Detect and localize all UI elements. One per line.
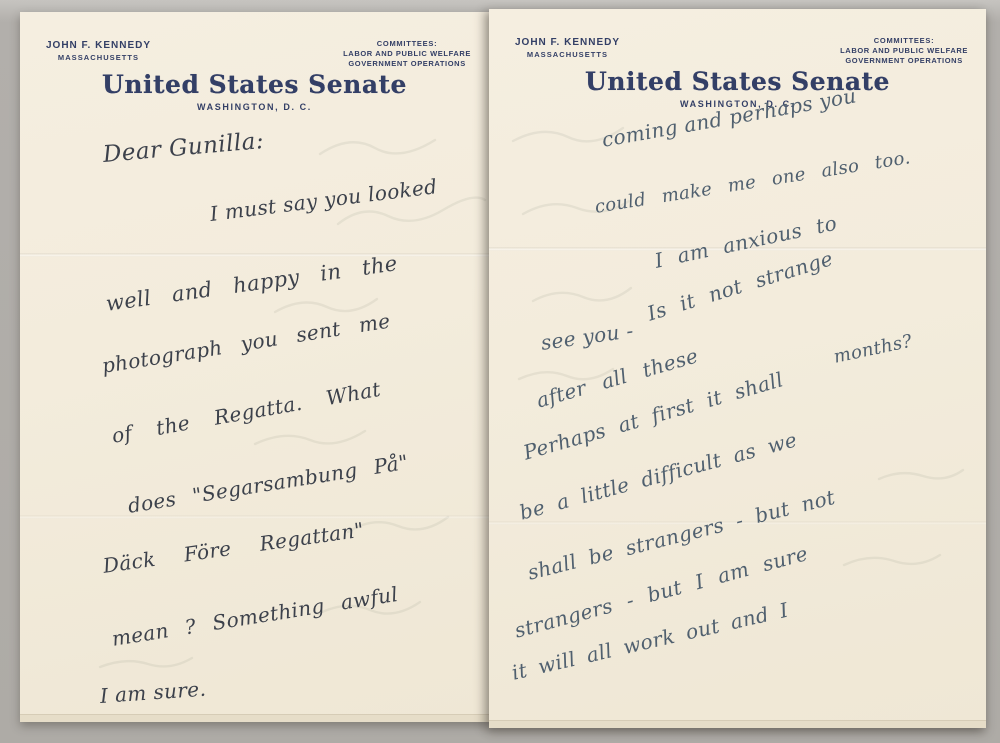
handwriting-line: mean ? Something awful (110, 582, 400, 651)
handwriting-line: months? (832, 331, 914, 368)
sender-state: MASSACHUSETTS (515, 50, 620, 59)
letter-page-2: JOHN F. KENNEDY MASSACHUSETTS COMMITTEES… (489, 9, 986, 728)
sender-name: JOHN F. KENNEDY (46, 40, 151, 51)
handwriting-line: see you - (539, 318, 635, 355)
committees-label: COMMITTEES: (343, 39, 471, 48)
handwriting-line: well and happy in the (104, 251, 399, 316)
sender-state: MASSACHUSETTS (46, 53, 151, 62)
senate-masthead: United States Senate (20, 70, 489, 99)
handwriting-line: Dear Gunilla: (102, 128, 265, 168)
letterhead-sender-block: JOHN F. KENNEDY MASSACHUSETTS (46, 40, 151, 62)
fold-crease (20, 253, 489, 257)
letterhead-committees-block: COMMITTEES: LABOR AND PUBLIC WELFARE GOV… (840, 36, 968, 65)
sender-name: JOHN F. KENNEDY (515, 37, 620, 48)
masthead-city: WASHINGTON, D. C. (20, 102, 489, 112)
handwriting-line: could make me one also too. (593, 147, 912, 218)
handwriting-line: Däck Före Regattan" (101, 517, 365, 577)
committee-item: GOVERNMENT OPERATIONS (840, 56, 968, 65)
letter-page-1: JOHN F. KENNEDY MASSACHUSETTS COMMITTEES… (20, 12, 489, 722)
fold-crease (20, 515, 489, 519)
handwriting-line: does "Segarsambung På" (126, 450, 410, 518)
committee-item: LABOR AND PUBLIC WELFARE (840, 46, 968, 55)
letter-photograph: JOHN F. KENNEDY MASSACHUSETTS COMMITTEES… (0, 0, 1000, 743)
handwriting-line: of the Regatta. What (110, 377, 383, 448)
letterhead-committees-block: COMMITTEES: LABOR AND PUBLIC WELFARE GOV… (343, 39, 471, 68)
handwriting-line: I must say you looked (209, 174, 439, 226)
handwriting-line: photograph you sent me (100, 309, 392, 378)
committee-item: LABOR AND PUBLIC WELFARE (343, 49, 471, 58)
committees-label: COMMITTEES: (840, 36, 968, 45)
committee-item: GOVERNMENT OPERATIONS (343, 59, 471, 68)
letterhead-sender-block: JOHN F. KENNEDY MASSACHUSETTS (515, 37, 620, 59)
handwriting-line: I am sure. (99, 677, 207, 708)
senate-masthead: United States Senate (489, 67, 986, 96)
